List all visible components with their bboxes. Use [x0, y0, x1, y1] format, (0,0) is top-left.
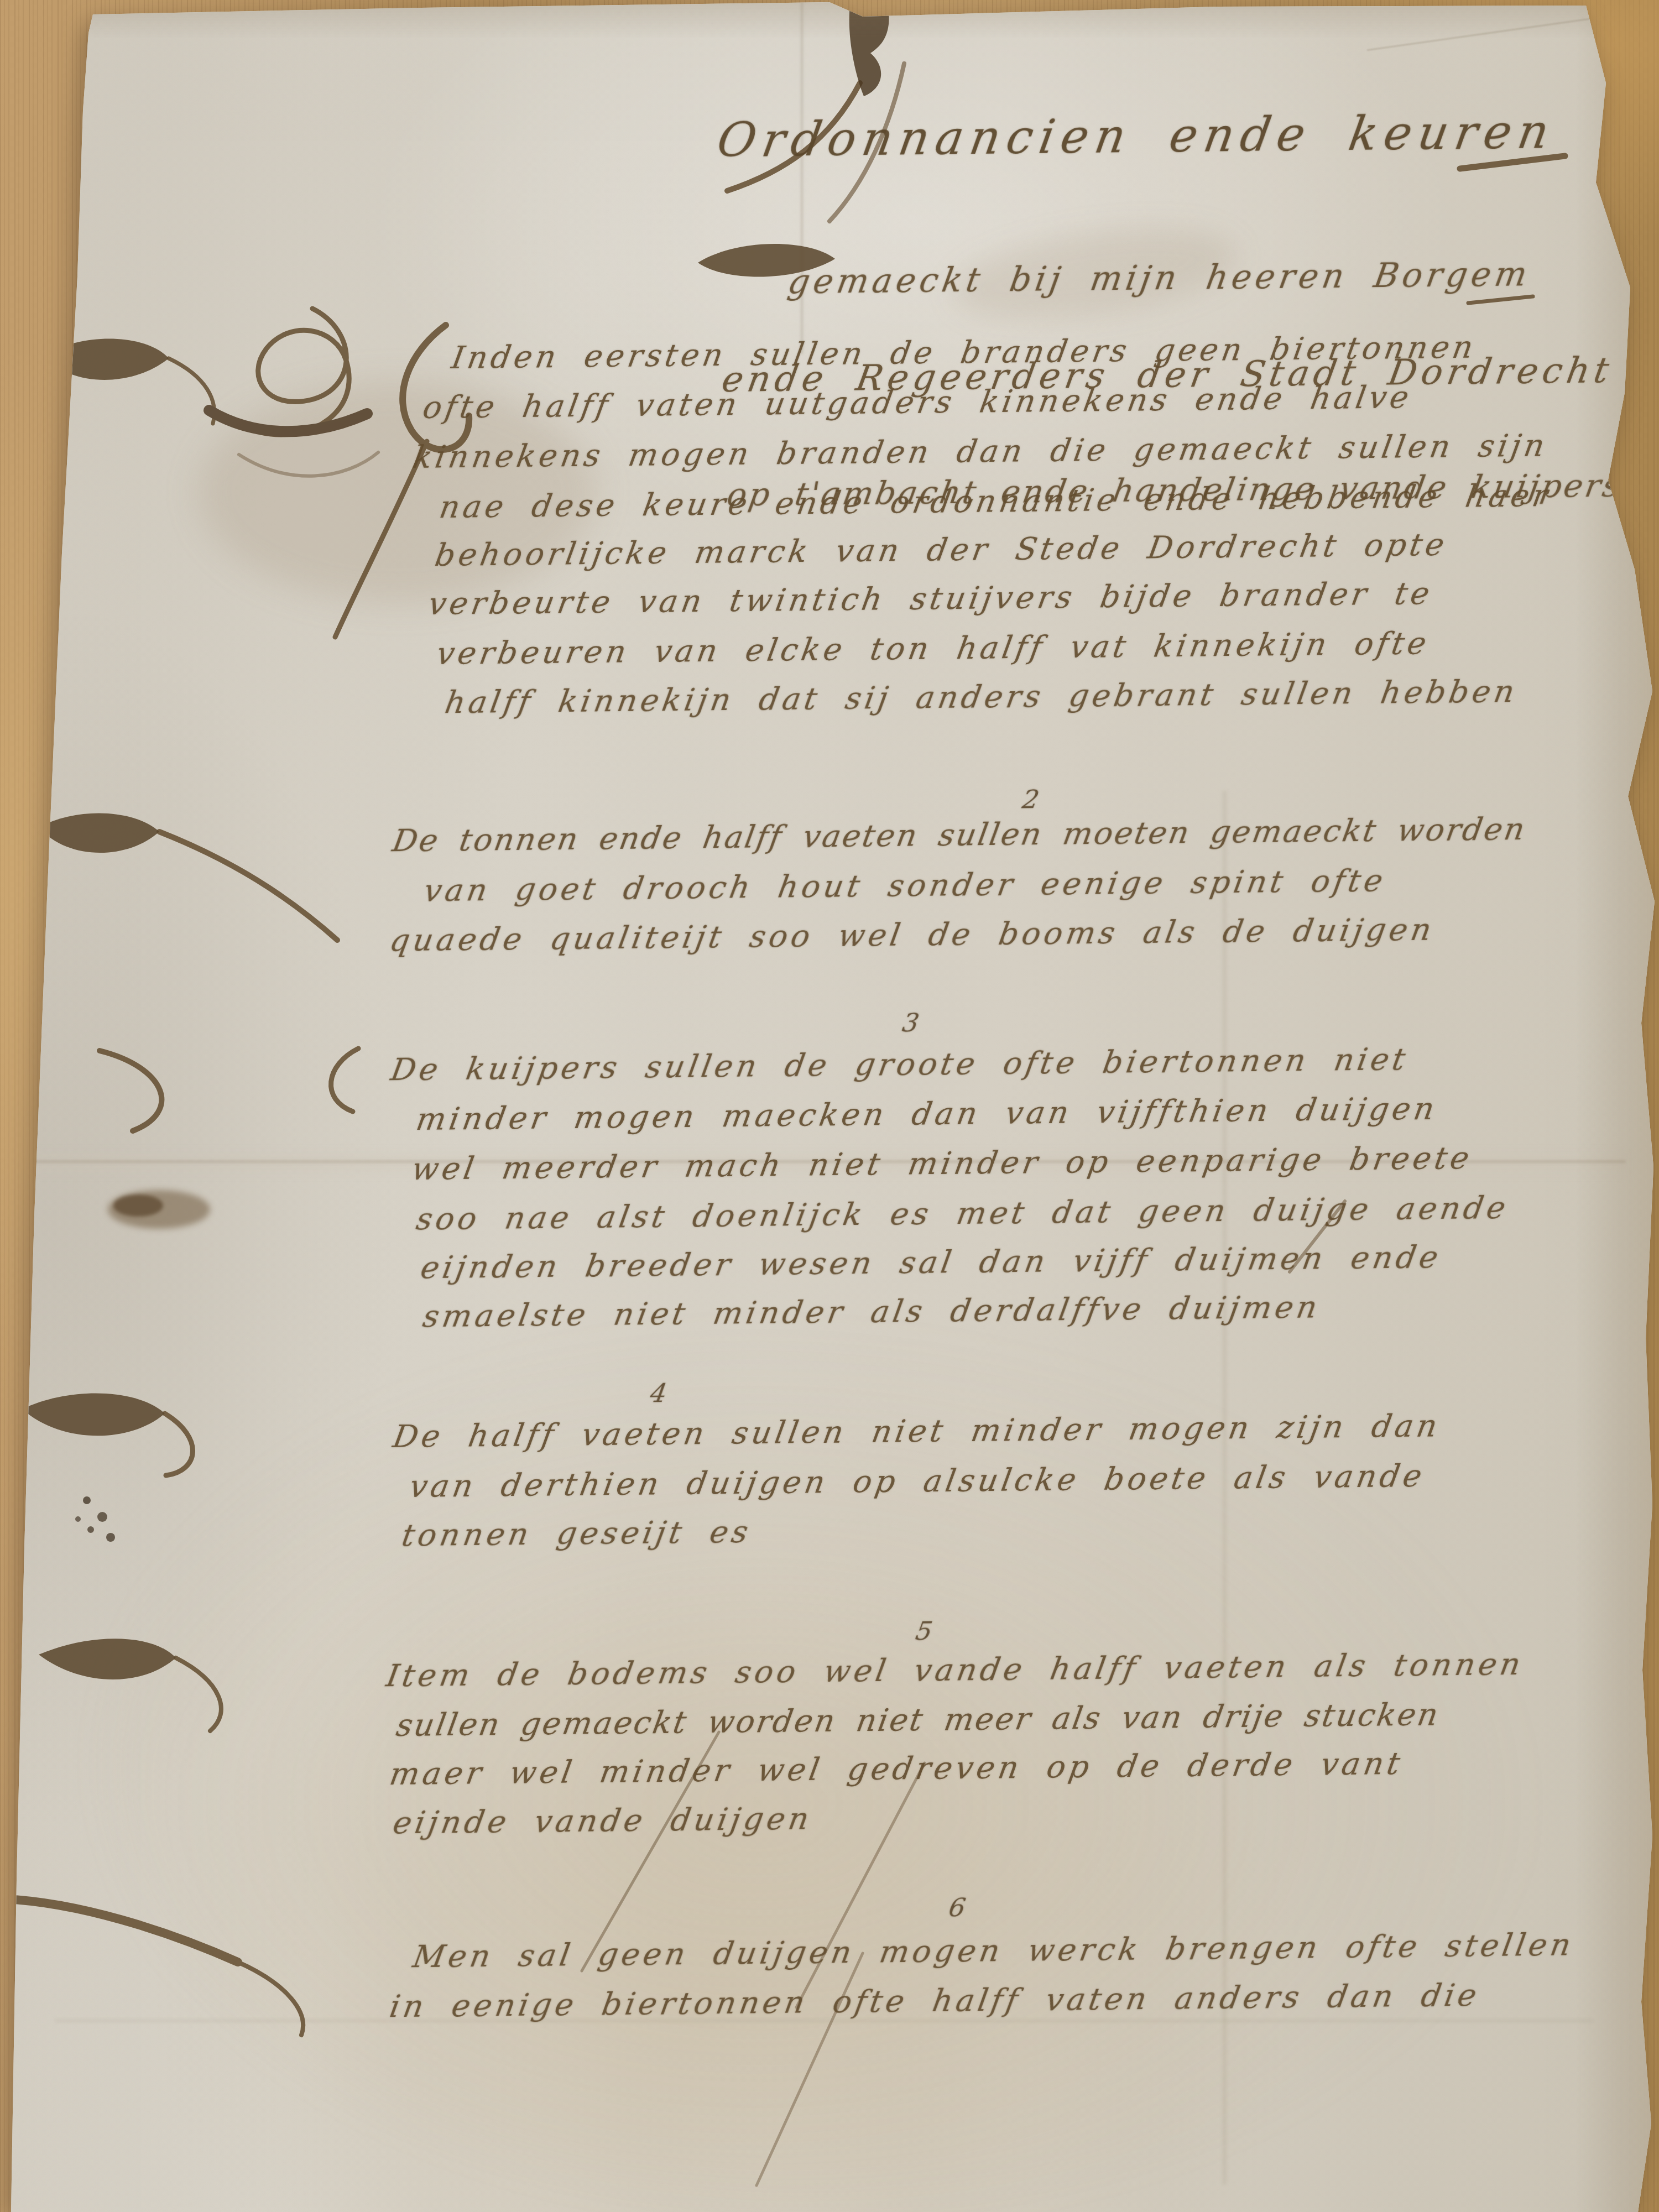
heading-line-1: Ordonnancien ende keuren [713, 105, 1559, 168]
stain-smudge-core [113, 1194, 163, 1217]
ink-speck [106, 1533, 115, 1542]
paper-top-edge-shading [0, 0, 1659, 39]
heading-line-2: gemaeckt bij mijn heeren Borgem [785, 255, 1533, 301]
article-5-line-4: eijnde vande duijgen [390, 1801, 815, 1841]
ink-speck [83, 1496, 91, 1504]
paper-deckle-edge-shading [1576, 0, 1659, 2212]
article-4-line-3: tonnen geseijt es [399, 1514, 754, 1553]
manuscript-photo: Ordonnancien ende keuren gemaeckt bij mi… [0, 0, 1659, 2212]
ink-speck [75, 1516, 81, 1522]
ink-speck [87, 1526, 94, 1533]
paper-wrap: Ordonnancien ende keuren gemaeckt bij mi… [0, 0, 1659, 2212]
paper-sheet: Ordonnancien ende keuren gemaeckt bij mi… [0, 0, 1659, 2212]
ink-speck [97, 1512, 107, 1522]
